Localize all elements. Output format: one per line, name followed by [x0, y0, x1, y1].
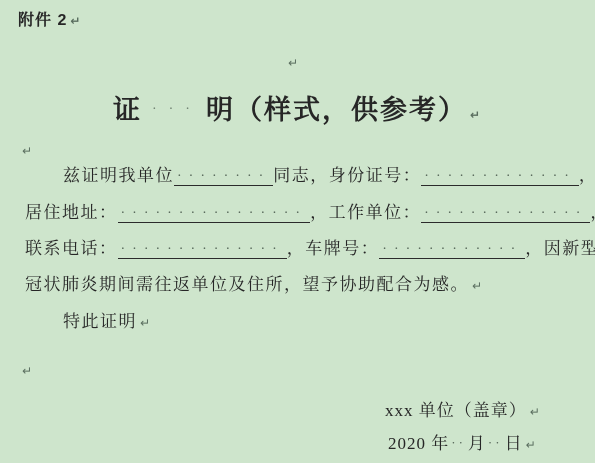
return-mark-icon: ↵	[530, 405, 541, 419]
body-line-closing: 特此证明↵	[25, 310, 152, 335]
title-right: 明（样式，供参考）	[206, 95, 467, 125]
body-text: ，	[579, 166, 595, 185]
blank-field-id-number: ·············	[421, 167, 579, 186]
body-line-4: 冠状肺炎期间需往返单位及住所，望予协助配合为感。↵	[25, 273, 484, 298]
body-text: 特此证明	[63, 312, 137, 331]
blank-dots: ··············	[121, 242, 284, 257]
signature-date-line: 2020 年··月··日↵	[388, 429, 537, 454]
blank-field-phone: ··············	[118, 240, 287, 259]
blank-field-name: ········	[174, 167, 273, 186]
body-text: 同志，身份证号：	[273, 166, 421, 185]
blank-field-address: ················	[118, 204, 311, 223]
body-text: 冠状肺炎期间需往返单位及住所，望予协助配合为感。	[25, 275, 469, 294]
blank-dots: ········	[177, 169, 270, 184]
body-text: ，因新型	[525, 239, 595, 258]
body-text: 居住地址：	[25, 203, 118, 222]
title-left: 证	[113, 95, 142, 125]
body-text: ，工作单位：	[310, 203, 421, 222]
body-line-1: 兹证明我单位········同志，身份证号：·············，	[25, 164, 595, 188]
blank-dots: ··············	[424, 206, 587, 221]
date-month: 月	[468, 434, 486, 453]
date-day: 日	[505, 434, 523, 453]
return-mark-icon: ↵	[472, 279, 484, 293]
signature-unit-line: xxx 单位（盖章）↵	[385, 396, 541, 421]
unit-stamp-text: xxx 单位（盖章）	[385, 401, 527, 420]
return-mark-icon: ↵	[140, 316, 152, 330]
body-text: 兹证明我单位	[63, 166, 174, 185]
body-text: ，车牌号：	[287, 239, 380, 258]
return-mark-icon: ↵	[288, 56, 298, 70]
blank-dots: ············	[382, 242, 522, 257]
blank-field-employer: ··············	[421, 204, 590, 223]
body-text: ，	[590, 203, 595, 222]
body-text: 联系电话：	[25, 239, 118, 258]
blank-field-plate-number: ············	[379, 240, 525, 259]
return-mark-icon: ↵	[70, 14, 81, 28]
empty-paragraph: ↵	[22, 362, 32, 380]
blank-dots: ················	[121, 206, 308, 221]
return-mark-icon: ↵	[22, 144, 32, 158]
certificate-page: 附件 2↵ ↵ 证···明（样式，供参考）↵ ↵ 兹证明我单位········同…	[0, 0, 595, 463]
attachment-text: 附件 2	[18, 12, 67, 29]
body-line-3: 联系电话：··············，车牌号：············，因新型	[25, 237, 595, 261]
blank-dots: ·············	[424, 169, 576, 184]
return-mark-icon: ↵	[22, 364, 32, 378]
empty-paragraph: ↵	[288, 54, 298, 72]
date-space-dots: ··	[449, 435, 468, 450]
body-line-2: 居住地址：················，工作单位：·············…	[25, 201, 595, 225]
title-space-dots: ···	[142, 102, 206, 117]
empty-paragraph: ↵	[22, 142, 32, 160]
document-title: 证···明（样式，供参考）↵	[0, 88, 595, 127]
date-year: 2020 年	[388, 434, 449, 453]
return-mark-icon: ↵	[470, 108, 482, 122]
date-space-dots: ··	[486, 435, 505, 450]
return-mark-icon: ↵	[526, 438, 537, 452]
attachment-label: 附件 2↵	[18, 7, 81, 30]
